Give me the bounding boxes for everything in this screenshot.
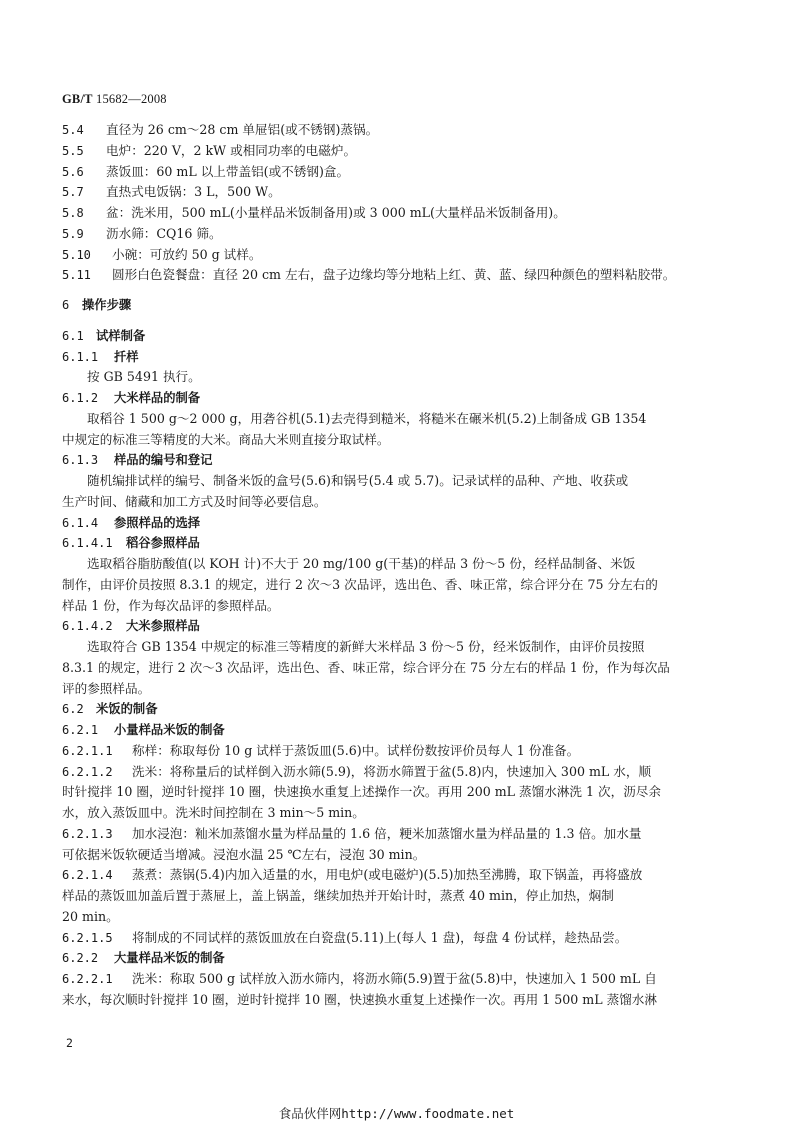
numbered-paragraph: 6.2.1.5将制成的不同试样的蒸饭皿放在白瓷盘(5.11)上(每人 1 盘)，… bbox=[62, 928, 734, 949]
paragraph-line: 中规定的标准三等精度的大米。商品大米则直接分取试样。 bbox=[62, 430, 734, 451]
footer-site-name: 食品伙伴网 bbox=[279, 1106, 342, 1121]
list-item: 5.8盆：洗米用，500 mL(小量样品米饭制备用)或 3 000 mL(大量样… bbox=[62, 203, 734, 224]
numbered-paragraph: 6.2.1.1称样：称取每份 10 g 试样于蒸饭皿(5.6)中。试样份数按评价… bbox=[62, 741, 734, 762]
paragraph-line: 水，放入蒸饭皿中。洗米时间控制在 3 min～5 min。 bbox=[62, 803, 734, 824]
numbered-paragraph: 6.2.1.2洗米：将称量后的试样倒入沥水筛(5.9)，将沥水筛置于盆(5.8)… bbox=[62, 762, 734, 783]
subsection-heading: 6.1.4.2大米参照样品 bbox=[62, 616, 734, 637]
list-item: 5.6蒸饭皿：60 mL 以上带盖铝(或不锈钢)盒。 bbox=[62, 162, 734, 183]
paragraph-line: 随机编排试样的编号、制备米饭的盒号(5.6)和锅号(5.4 或 5.7)。记录试… bbox=[62, 471, 734, 492]
paragraph-line: 可依据米饭软硬适当增减。浸泡水温 25 ℃左右，浸泡 30 min。 bbox=[62, 845, 734, 866]
paragraph-line: 20 min。 bbox=[62, 907, 734, 928]
paragraph-line: 样品 1 份，作为每次品评的参照样品。 bbox=[62, 596, 734, 617]
standard-code: GB/T bbox=[62, 92, 93, 106]
subsection-heading: 6.2.1小量样品米饭的制备 bbox=[62, 720, 734, 741]
subsection-heading: 6.1试样制备 bbox=[62, 326, 734, 347]
subsection-heading: 6.2米饭的制备 bbox=[62, 699, 734, 720]
document-page: GB/T 15682—2008 5.4直径为 26 cm～28 cm 单屉铝(或… bbox=[0, 0, 793, 1122]
paragraph-line: 8.3.1 的规定，进行 2 次～3 次品评，选出色、香、味正常，综合评分在 7… bbox=[62, 658, 734, 679]
subsection-heading: 6.1.1扦样 bbox=[62, 347, 734, 368]
list-item: 5.5电炉：220 V，2 kW 或相同功率的电磁炉。 bbox=[62, 141, 734, 162]
list-item: 5.4直径为 26 cm～28 cm 单屉铝(或不锈钢)蒸锅。 bbox=[62, 120, 734, 141]
numbered-paragraph: 6.2.2.1洗米：称取 500 g 试样放入沥水筛内，将沥水筛(5.9)置于盆… bbox=[62, 969, 734, 990]
numbered-paragraph: 6.2.1.4蒸煮：蒸锅(5.4)内加入适量的水，用电炉(或电磁炉)(5.5)加… bbox=[62, 865, 734, 886]
footer-url[interactable]: http://www.foodmate.net bbox=[341, 1106, 514, 1121]
paragraph-line: 来水，每次顺时针搅拌 10 圈，逆时针搅拌 10 圈，快速换水重复上述操作一次。… bbox=[62, 990, 734, 1011]
paragraph-line: 生产时间、储藏和加工方式及时间等必要信息。 bbox=[62, 492, 734, 513]
subsection-heading: 6.1.4参照样品的选择 bbox=[62, 513, 734, 534]
standard-number: 15682—2008 bbox=[96, 92, 167, 106]
page-number: 2 bbox=[66, 1036, 73, 1050]
list-item: 5.7直热式电饭锅：3 L，500 W。 bbox=[62, 182, 734, 203]
paragraph-line: 取稻谷 1 500 g～2 000 g，用砻谷机(5.1)去壳得到糙米，将糙米在… bbox=[62, 409, 734, 430]
standard-header: GB/T 15682—2008 bbox=[62, 92, 167, 107]
paragraph-line: 评的参照样品。 bbox=[62, 679, 734, 700]
paragraph-line: 制作，由评价员按照 8.3.1 的规定，进行 2 次～3 次品评，选出色、香、味… bbox=[62, 575, 734, 596]
subsection-heading: 6.1.4.1稻谷参照样品 bbox=[62, 533, 734, 554]
list-item: 5.11圆形白色瓷餐盘：直径 20 cm 左右，盘子边缘均等分地粘上红、黄、蓝、… bbox=[62, 265, 734, 286]
subsection-heading: 6.1.2大米样品的制备 bbox=[62, 388, 734, 409]
paragraph-line: 时针搅拌 10 圈，逆时针搅拌 10 圈，快速换水重复上述操作一次。再用 200… bbox=[62, 782, 734, 803]
document-body: 5.4直径为 26 cm～28 cm 单屉铝(或不锈钢)蒸锅。 5.5电炉：22… bbox=[62, 120, 734, 1011]
list-item: 5.10小碗：可放约 50 g 试样。 bbox=[62, 245, 734, 266]
list-item: 5.9沥水筛：CQ16 筛。 bbox=[62, 224, 734, 245]
footer-watermark: 食品伙伴网http://www.foodmate.net bbox=[0, 1104, 793, 1122]
paragraph-line: 选取稻谷脂肪酸值(以 KOH 计)不大于 20 mg/100 g(干基)的样品 … bbox=[62, 554, 734, 575]
paragraph-line: 样品的蒸饭皿加盖后置于蒸屉上，盖上锅盖，继续加热并开始计时，蒸煮 40 min，… bbox=[62, 886, 734, 907]
section-heading: 6操作步骤 bbox=[62, 295, 734, 316]
subsection-heading: 6.2.2大量样品米饭的制备 bbox=[62, 948, 734, 969]
paragraph-line: 选取符合 GB 1354 中规定的标准三等精度的新鲜大米样品 3 份～5 份，经… bbox=[62, 637, 734, 658]
numbered-paragraph: 6.2.1.3加水浸泡：籼米加蒸馏水量为样品量的 1.6 倍，粳米加蒸馏水量为样… bbox=[62, 824, 734, 845]
subsection-heading: 6.1.3样品的编号和登记 bbox=[62, 450, 734, 471]
paragraph: 按 GB 5491 执行。 bbox=[62, 367, 734, 388]
